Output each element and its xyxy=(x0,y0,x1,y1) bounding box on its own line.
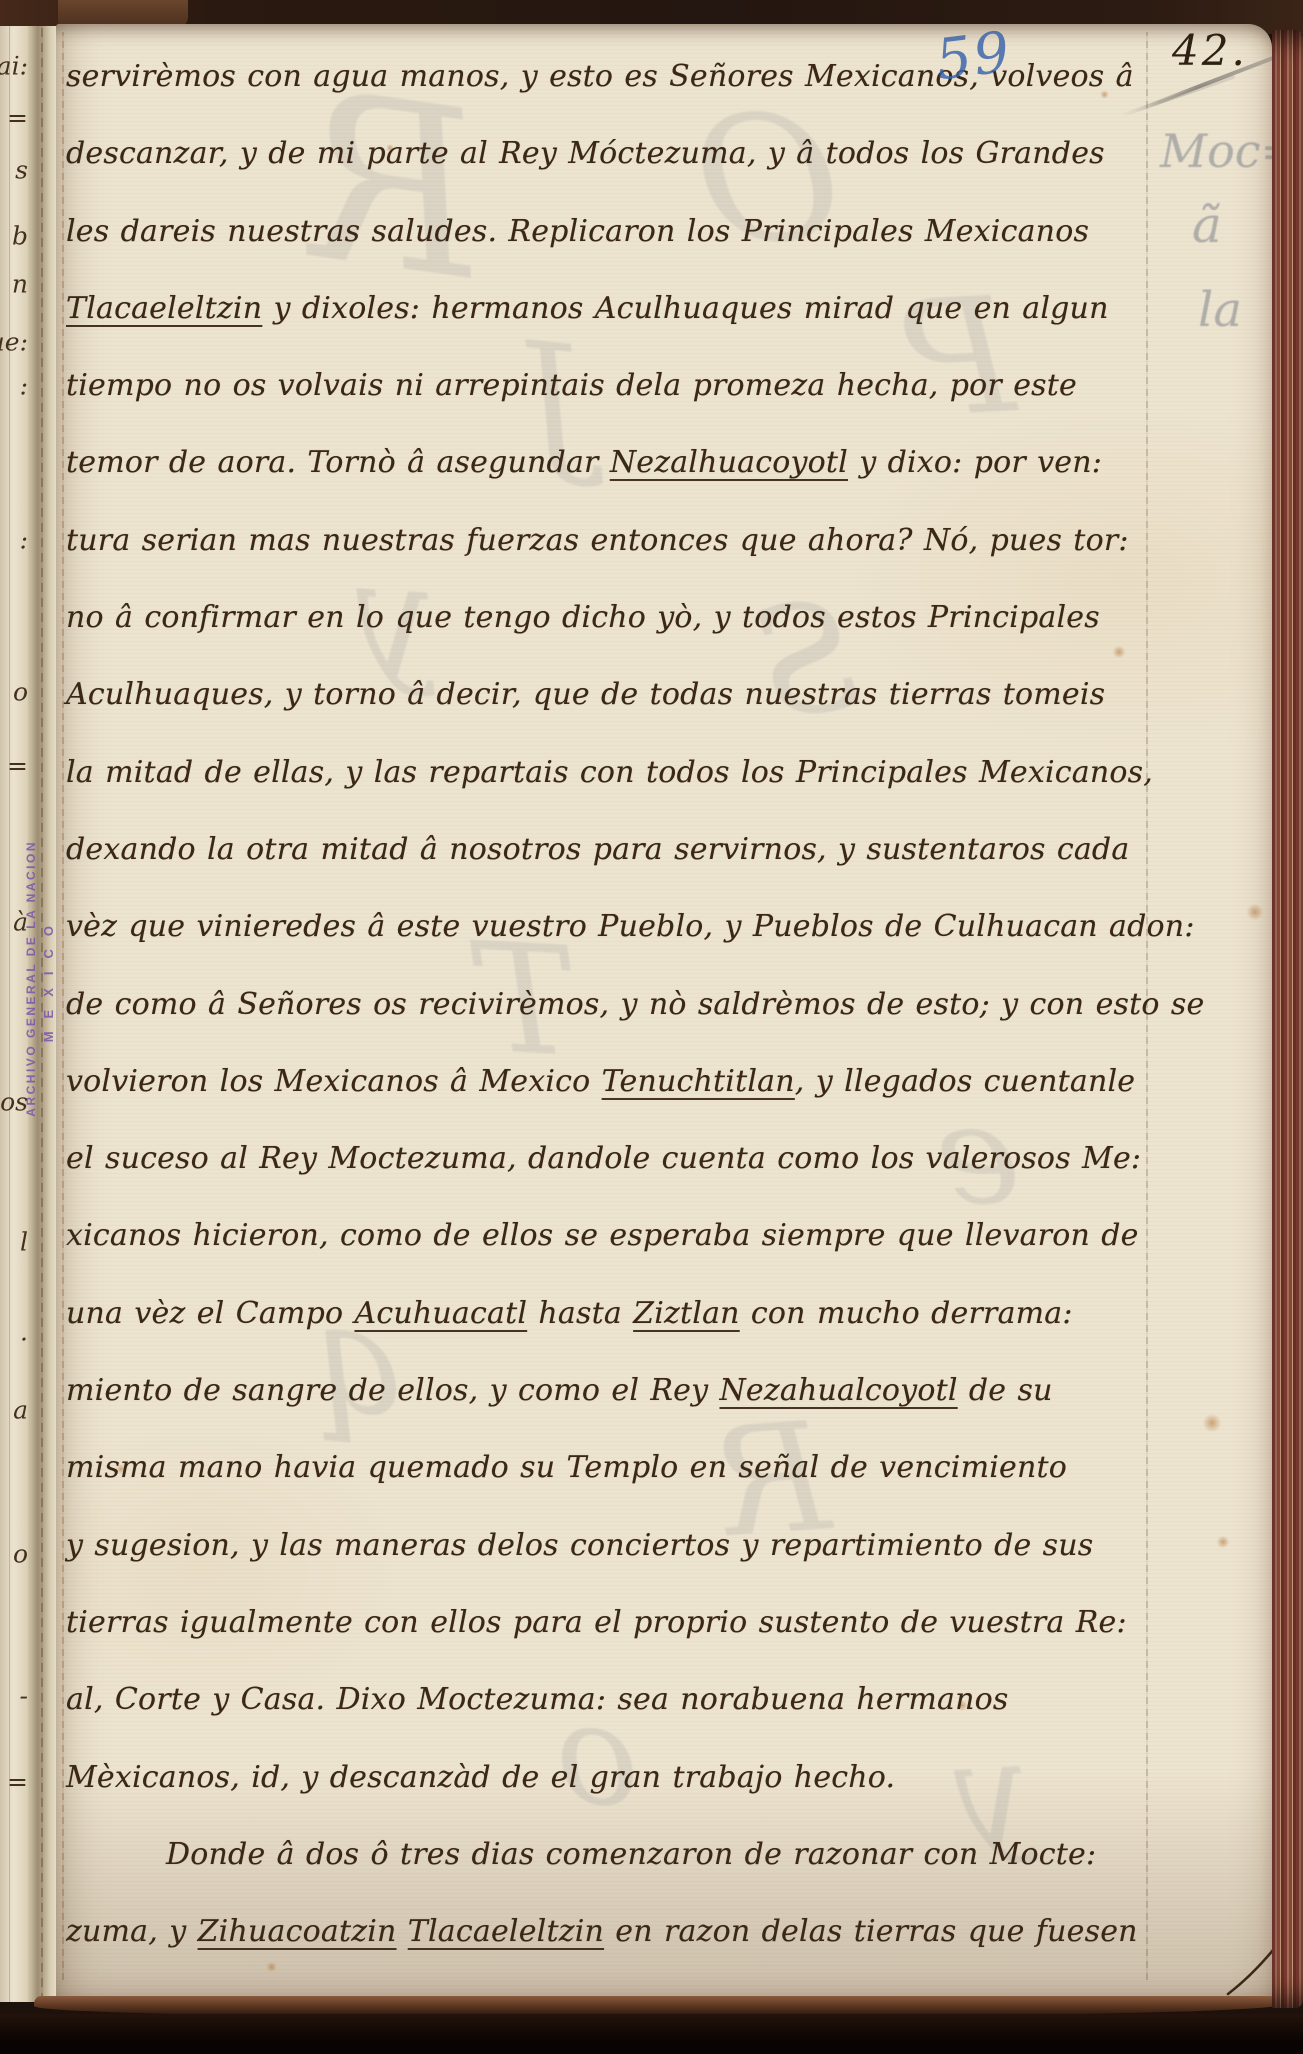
manuscript-line: servirèmos con agua manos, y esto es Señ… xyxy=(66,38,1256,115)
manuscript-text-segment: , y llegados cuentanle xyxy=(795,1064,1136,1099)
underlined-name: Ziztlan xyxy=(633,1296,740,1331)
manuscript-text-segment: xicanos hicieron, como de ellos se esper… xyxy=(66,1218,1139,1253)
facing-page-text-fragment: = xyxy=(7,1768,28,1797)
manuscript-text-segment: misma mano havia quemado su Templo en se… xyxy=(66,1450,1067,1485)
manuscript-line: tiempo no os volvais ni arrepintais dela… xyxy=(66,347,1256,424)
text-block: servirèmos con agua manos, y esto es Señ… xyxy=(66,38,1256,1970)
manuscript-line: la mitad de ellas, y las repartais con t… xyxy=(66,734,1256,811)
manuscript-line: misma mano havia quemado su Templo en se… xyxy=(66,1429,1256,1506)
manuscript-line: les dareis nuestras saludes. Replicaron … xyxy=(66,193,1256,270)
manuscript-text-segment: el suceso al Rey Moctezuma, dandole cuen… xyxy=(66,1141,1141,1176)
facing-page-text-fragment: l xyxy=(20,1228,28,1257)
underlined-name: Nezahualcoyotl xyxy=(719,1373,957,1408)
manuscript-text-segment xyxy=(397,1914,408,1949)
manuscript-text-segment: la mitad de ellas, y las repartais con t… xyxy=(66,755,1153,790)
manuscript-text-segment: al, Corte y Casa. Dixo Moctezuma: sea no… xyxy=(66,1682,1009,1717)
manuscript-line: dexando la otra mitad â nosotros para se… xyxy=(66,811,1256,888)
facing-page-text-fragment: . xyxy=(20,1318,28,1347)
facing-page-text-fragment: ue: xyxy=(0,328,28,357)
manuscript-line: tierras igualmente con ellos para el pro… xyxy=(66,1584,1256,1661)
manuscript-text-segment: y dixoles: hermanos Aculhuaques mirad qu… xyxy=(262,291,1108,326)
manuscript-text-segment: descanzar, y de mi parte al Rey Móctezum… xyxy=(66,136,1105,171)
manuscript-line: vèz que vinieredes â este vuestro Pueblo… xyxy=(66,888,1256,965)
underlined-name: Acuhuacatl xyxy=(354,1296,527,1331)
manuscript-line: Aculhuaques, y torno â decir, que de tod… xyxy=(66,656,1256,733)
blue-pencil-annotation: 59 xyxy=(932,24,1015,93)
manuscript-text-segment: no â confirmar en lo que tengo dicho yò,… xyxy=(66,600,1100,635)
facing-page-text-fragment: o xyxy=(13,1540,28,1569)
pen-flourish xyxy=(1224,1896,1272,2000)
underlined-name: Tlacaeleltzin xyxy=(408,1914,604,1949)
archive-stamp-text: MEXICO xyxy=(41,913,56,1042)
manuscript-text-segment: vèz que vinieredes â este vuestro Pueblo… xyxy=(66,909,1195,944)
manuscript-text-segment: tierras igualmente con ellos para el pro… xyxy=(66,1605,1127,1640)
underlined-name: Tenuchtitlan xyxy=(602,1064,795,1099)
manuscript-text-segment: les dareis nuestras saludes. Replicaron … xyxy=(66,214,1089,249)
facing-page-text-fragment: : xyxy=(20,372,28,401)
manuscript-line: xicanos hicieron, como de ellos se esper… xyxy=(66,1197,1256,1274)
manuscript-line: zuma, y Zihuacoatzin Tlacaeleltzin en ra… xyxy=(66,1893,1256,1970)
manuscript-text-segment: de su xyxy=(958,1373,1053,1408)
manuscript-line: Donde â dos ô tres dias comenzaron de ra… xyxy=(66,1816,1256,1893)
manuscript-text-segment: miento de sangre de ellos, y como el Rey xyxy=(66,1373,719,1408)
left-margin-rule xyxy=(62,32,64,1980)
page-bottom-edge xyxy=(34,1996,1282,2016)
manuscript-text-segment: Aculhuaques, y torno â decir, que de tod… xyxy=(66,677,1105,712)
manuscript-line: y sugesion, y las maneras delos conciert… xyxy=(66,1507,1256,1584)
manuscript-line: descanzar, y de mi parte al Rey Móctezum… xyxy=(66,115,1256,192)
manuscript-text-segment: volvieron los Mexicanos â Mexico xyxy=(66,1064,602,1099)
facing-page-text-fragment: n xyxy=(12,270,28,299)
facing-page-text-fragment: b xyxy=(12,222,28,251)
manuscript-line: Mèxicanos, id, y descanzàd de el gran tr… xyxy=(66,1739,1256,1816)
manuscript-line: miento de sangre de ellos, y como el Rey… xyxy=(66,1352,1256,1429)
manuscript-text-segment: en razon delas tierras que fuesen xyxy=(604,1914,1138,1949)
manuscript-text-segment: hasta xyxy=(527,1296,633,1331)
fore-edge-pages xyxy=(1272,30,1303,2008)
folio-number: 42. xyxy=(1172,26,1248,75)
archive-stamp: ARCHIVO GENERAL DE LA NACION MEXICO xyxy=(24,832,56,1124)
manuscript-text-segment: Donde â dos ô tres dias comenzaron de ra… xyxy=(166,1837,1096,1872)
manuscript-page: 59 42. servirèmos con agua manos, y esto… xyxy=(56,24,1272,2006)
manuscript-line: temor de aora. Tornò â asegundar Nezalhu… xyxy=(66,424,1256,501)
facing-page-text-fragment: = xyxy=(7,104,28,133)
manuscript-text-segment: tiempo no os volvais ni arrepintais dela… xyxy=(66,368,1077,403)
facing-page-text-fragment: - xyxy=(20,1682,28,1711)
facing-page-text-fragment: o xyxy=(13,678,28,707)
manuscript-text-segment: de como â Señores os recivirèmos, y nò s… xyxy=(66,987,1204,1022)
facing-page-text-fragment: ai: xyxy=(0,52,28,81)
manuscript-text-segment: con mucho derrama: xyxy=(740,1296,1073,1331)
facing-page-text-fragment: s xyxy=(15,156,28,185)
facing-page-margin-rule xyxy=(9,26,10,2002)
manuscript-line: una vèz el Campo Acuhuacatl hasta Ziztla… xyxy=(66,1275,1256,1352)
archive-stamp-text: ARCHIVO GENERAL DE LA NACION xyxy=(24,840,38,1117)
manuscript-text-segment: zuma, y xyxy=(66,1914,198,1949)
book-binding-bottom xyxy=(0,2014,1303,2054)
underlined-name: Tlacaeleltzin xyxy=(66,291,262,326)
manuscript-scan: ai:=sbnue:::o=àlosl.ao-= 59 42. servirèm… xyxy=(0,0,1303,2054)
manuscript-line: volvieron los Mexicanos â Mexico Tenucht… xyxy=(66,1043,1256,1120)
manuscript-line: el suceso al Rey Moctezuma, dandole cuen… xyxy=(66,1120,1256,1197)
manuscript-text-segment: y sugesion, y las maneras delos conciert… xyxy=(66,1528,1093,1563)
underlined-name: Nezalhuacoyotl xyxy=(610,445,848,480)
underlined-name: Zihuacoatzin xyxy=(198,1914,397,1949)
leather-patch xyxy=(58,0,188,27)
manuscript-text-segment: tura serian mas nuestras fuerzas entonce… xyxy=(66,523,1129,558)
manuscript-line: Tlacaeleltzin y dixoles: hermanos Aculhu… xyxy=(66,270,1256,347)
manuscript-text-segment: temor de aora. Tornò â asegundar xyxy=(66,445,610,480)
manuscript-text-segment: Mèxicanos, id, y descanzàd de el gran tr… xyxy=(66,1760,895,1795)
manuscript-line: de como â Señores os recivirèmos, y nò s… xyxy=(66,966,1256,1043)
facing-page-text-fragment: = xyxy=(7,752,28,781)
manuscript-text-segment: y dixo: por ven: xyxy=(848,445,1102,480)
manuscript-text-segment: dexando la otra mitad â nosotros para se… xyxy=(66,832,1129,867)
facing-page-text-fragment: a xyxy=(13,1396,28,1425)
manuscript-line: no â confirmar en lo que tengo dicho yò,… xyxy=(66,579,1256,656)
manuscript-text-segment: una vèz el Campo xyxy=(66,1296,354,1331)
manuscript-line: tura serian mas nuestras fuerzas entonce… xyxy=(66,502,1256,579)
manuscript-line: al, Corte y Casa. Dixo Moctezuma: sea no… xyxy=(66,1661,1256,1738)
facing-page-text-fragment: : xyxy=(20,526,28,555)
